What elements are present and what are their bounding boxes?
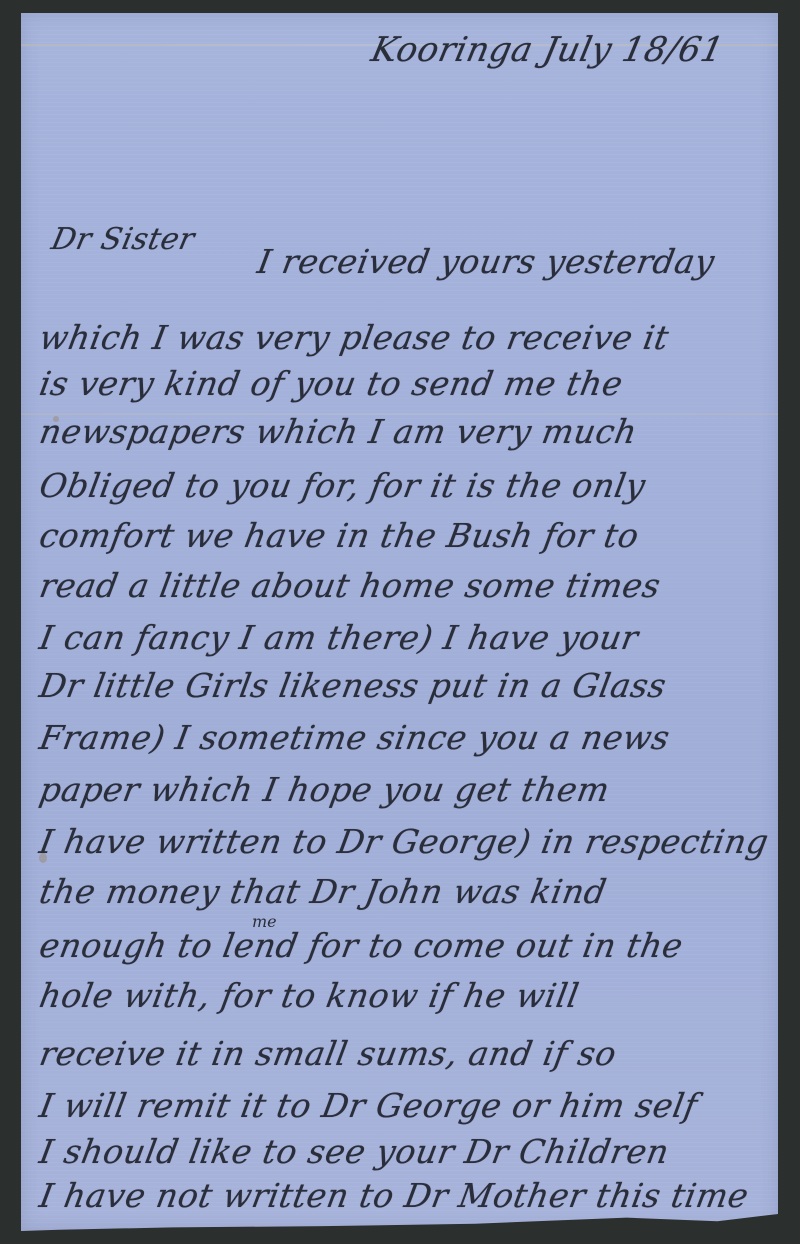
scan-background: Kooringa July 18/61 Dr Sister I received…: [0, 0, 800, 1244]
letter-line-15: hole with, for to know if he will: [37, 976, 583, 1015]
letter-line-1: I received yours yesterday: [255, 242, 718, 281]
letter-line-8: I can fancy I am there) I have your: [37, 618, 642, 657]
letter-line-19: I have not written to Dr Mother this tim…: [37, 1176, 752, 1215]
letter-line-10: Frame) I sometime since you a news: [37, 718, 673, 757]
letter-line-12: I have written to Dr George) in respecti…: [37, 822, 772, 861]
letter-line-4: newspapers which I am very much: [37, 412, 641, 451]
letter-line-11: paper which I hope you get them: [37, 770, 613, 809]
letter-line-13: the money that Dr John was kind: [37, 872, 610, 911]
letter-line-17: I will remit it to Dr George or him self: [37, 1086, 701, 1125]
letter-line-9: Dr little Girls likeness put in a Glass: [37, 666, 670, 705]
letter-line-3: is very kind of you to send me the: [37, 364, 626, 403]
letter-line-14: enough to lend for to come out in the: [37, 926, 687, 965]
letter-line-6: comfort we have in the Bush for to: [37, 516, 642, 555]
dateline: Kooringa July 18/61: [368, 30, 728, 70]
letter-line-5: Obliged to you for, for it is the only: [37, 466, 649, 505]
letter-line-2: which I was very please to receive it: [37, 318, 672, 357]
salutation: Dr Sister: [48, 222, 198, 257]
letter-line-16: receive it in small sums, and if so: [37, 1034, 620, 1073]
letter-line-18: I should like to see your Dr Children: [37, 1132, 673, 1171]
letter-line-7: read a little about home some times: [37, 566, 664, 605]
